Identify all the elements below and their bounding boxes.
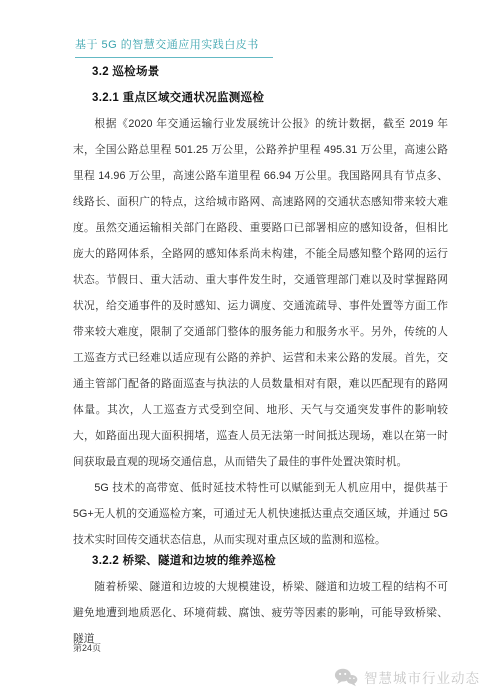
page-number: 第24页: [73, 641, 101, 654]
running-header: 基于 5G 的智慧交通应用实践白皮书: [75, 36, 273, 58]
paragraph: 5G 技术的高带宽、低时延技术特性可以赋能到无人机应用中，提供基于 5G+无人机…: [73, 475, 448, 553]
paragraph: 随着桥梁、隧道和边坡的大规模建设，桥梁、隧道和边坡工程的结构不可避免地遭到地质恶…: [73, 574, 448, 652]
subsection-heading-3-2-1: 3.2.1 重点区域交通状况监测巡检: [92, 92, 448, 105]
section-heading-3-2: 3.2 巡检场景: [92, 66, 448, 79]
watermark: 智慧城市行业动态: [334, 667, 480, 687]
wechat-icon: [334, 668, 358, 687]
paragraph: 根据《2020 年交通运输行业发展统计公报》的统计数据，截至 2019 年末，全…: [73, 111, 448, 475]
watermark-text: 智慧城市行业动态: [364, 667, 480, 687]
document-page: 基于 5G 的智慧交通应用实践白皮书 3.2 巡检场景 3.2.1 重点区域交通…: [0, 0, 495, 700]
subsection-heading-3-2-2: 3.2.2 桥梁、隧道和边坡的维养巡检: [92, 555, 448, 568]
doc-title: 基于 5G 的智慧交通应用实践白皮书: [75, 39, 259, 51]
page-content: 3.2 巡检场景 3.2.1 重点区域交通状况监测巡检 根据《2020 年交通运…: [73, 58, 448, 652]
